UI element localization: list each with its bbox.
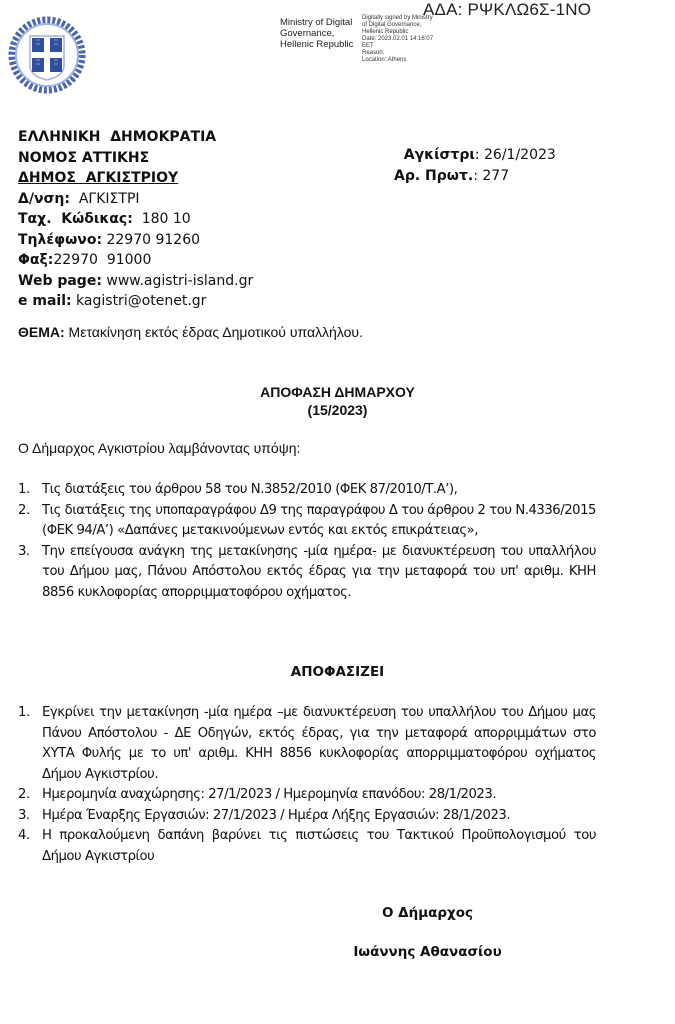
postal-value: 180 10 (133, 211, 191, 227)
item-number: 1. (18, 703, 30, 724)
prefecture-name: ΝΟΜΟΣ ΑΤΤΙΚΗΣ (18, 148, 253, 169)
letterhead: ΕΛΛΗΝΙΚΗ ΔΗΜΟΚΡΑΤΙΑ ΝΟΜΟΣ ΑΤΤΙΚΗΣ ΔΗΜΟΣ … (18, 127, 253, 312)
document-meta: Αγκίστρι: 26/1/2023 Αρ. Πρωτ.: 277 (394, 145, 556, 186)
item-text: Τις διατάξεις της υποπαραγράφου Δ9 της π… (42, 503, 596, 539)
phone-label: Τηλέφωνο: (18, 232, 102, 248)
decision-item: 2.Ημερομηνία αναχώρησης: 27/1/2023 / Ημε… (18, 785, 596, 806)
email-label: e mail: (18, 293, 72, 309)
protocol-label: Αρ. Πρωτ. (394, 168, 473, 184)
decides-heading: ΑΠΟΦΑΣΙΖΕΙ (0, 664, 675, 681)
document-date: : 26/1/2023 (475, 147, 556, 163)
mayor-role: Ο Δήμαρχος (90, 905, 675, 921)
item-text: Τις διατάξεις του άρθρου 58 του Ν.3852/2… (42, 482, 457, 497)
address-label: Δ/νση: (18, 191, 70, 207)
municipality-name: ΔΗΜΟΣ ΑΓΚΙΣΤΡΙΟΥ (18, 168, 253, 189)
decisions-list: 1.Εγκρίνει την μετακίνηση -μία ημέρα –με… (18, 703, 596, 867)
email-row: e mail: kagistri@otenet.gr (18, 291, 253, 312)
signer-line: Hellenic Republic (280, 39, 353, 50)
item-number: 1. (18, 480, 30, 501)
signature-detail-line: Digitally signed by Ministry (362, 15, 452, 22)
decision-item: 4.Η προκαλούμενη δαπάνη βαρύνει τις πιστ… (18, 826, 596, 867)
fax-label: Φαξ: (18, 252, 53, 268)
item-number: 2. (18, 501, 30, 522)
place-label: Αγκίστρι (394, 147, 475, 163)
decision-number: (15/2023) (0, 402, 675, 419)
considerations-list: 1.Τις διατάξεις του άρθρου 58 του Ν.3852… (18, 480, 596, 603)
mayor-name: Ιωάννης Αθανασίου (90, 944, 675, 960)
web-label: Web page: (18, 273, 102, 289)
decision-title: ΑΠΟΦΑΣΗ ΔΗΜΑΡΧΟΥ (0, 384, 675, 401)
fax-row: Φαξ:22970 91000 (18, 250, 253, 271)
signature-detail-line: Location: Athens (362, 57, 452, 64)
item-number: 2. (18, 785, 30, 806)
greek-coat-of-arms-icon (8, 16, 86, 94)
decision-item: 3.Ημέρα Έναρξης Εργασιών: 27/1/2023 / Ημ… (18, 806, 596, 827)
signature-details: Digitally signed by Ministry of Digital … (362, 15, 452, 64)
item-text: Εγκρίνει την μετακίνηση -μία ημέρα –με δ… (42, 705, 596, 782)
item-text: Ημερομηνία αναχώρησης: 27/1/2023 / Ημερο… (42, 787, 496, 802)
subject-line: ΘΕΜΑ: Μετακίνηση εκτός έδρας Δημοτικού υ… (18, 324, 363, 340)
postal-label: Ταχ. Κώδικας: (18, 211, 133, 227)
consideration-item: 1.Τις διατάξεις του άρθρου 58 του Ν.3852… (18, 480, 596, 501)
consideration-item: 3.Την επείγουσα ανάγκη της μετακίνησης -… (18, 542, 596, 604)
email-link[interactable]: kagistri@otenet.gr (72, 293, 207, 309)
item-text: Την επείγουσα ανάγκη της μετακίνησης -μί… (42, 544, 596, 600)
postal-row: Ταχ. Κώδικας: 180 10 (18, 209, 253, 230)
signer-line: Ministry of Digital (280, 17, 353, 28)
item-number: 3. (18, 806, 30, 827)
phone-row: Τηλέφωνο: 22970 91260 (18, 230, 253, 251)
signature-detail-line: Hellenic Republic (362, 29, 452, 36)
protocol-row: Αρ. Πρωτ.: 277 (394, 166, 556, 187)
subject-label: ΘΕΜΑ: (18, 324, 65, 340)
item-text: Ημέρα Έναρξης Εργασιών: 27/1/2023 / Ημέρ… (42, 808, 510, 823)
item-number: 4. (18, 826, 30, 847)
item-number: 3. (18, 542, 30, 563)
web-row: Web page: www.agistri-island.gr (18, 271, 253, 292)
address-row: Δ/νση: ΑΓΚΙΣΤΡΙ (18, 189, 253, 210)
fax-value: 22970 91000 (53, 252, 151, 268)
signer-line: Governance, (280, 28, 353, 39)
subject-text: Μετακίνηση εκτός έδρας Δημοτικού υπαλλήλ… (65, 324, 363, 340)
place-date-row: Αγκίστρι: 26/1/2023 (394, 145, 556, 166)
address-value: ΑΓΚΙΣΤΡΙ (70, 191, 140, 207)
republic-name: ΕΛΛΗΝΙΚΗ ΔΗΜΟΚΡΑΤΙΑ (18, 127, 253, 148)
consideration-item: 2.Τις διατάξεις της υποπαραγράφου Δ9 της… (18, 501, 596, 542)
phone-value: 22970 91260 (102, 232, 200, 248)
signature-detail-line: of Digital Governance, (362, 22, 452, 29)
item-text: Η προκαλούμενη δαπάνη βαρύνει τις πιστώσ… (42, 828, 596, 864)
signature-detail-line: Date: 2023.02.01 14:16:07 (362, 36, 452, 43)
signature-signer: Ministry of Digital Governance, Hellenic… (280, 17, 353, 50)
signature-detail-line: Reason: (362, 50, 452, 57)
intro-text: Ο Δήμαρχος Αγκιστρίου λαμβάνοντας υπόψη: (18, 440, 300, 456)
decision-item: 1.Εγκρίνει την μετακίνηση -μία ημέρα –με… (18, 703, 596, 785)
protocol-number: : 277 (473, 168, 509, 184)
web-link[interactable]: www.agistri-island.gr (102, 273, 253, 289)
signature-detail-line: EET (362, 43, 452, 50)
